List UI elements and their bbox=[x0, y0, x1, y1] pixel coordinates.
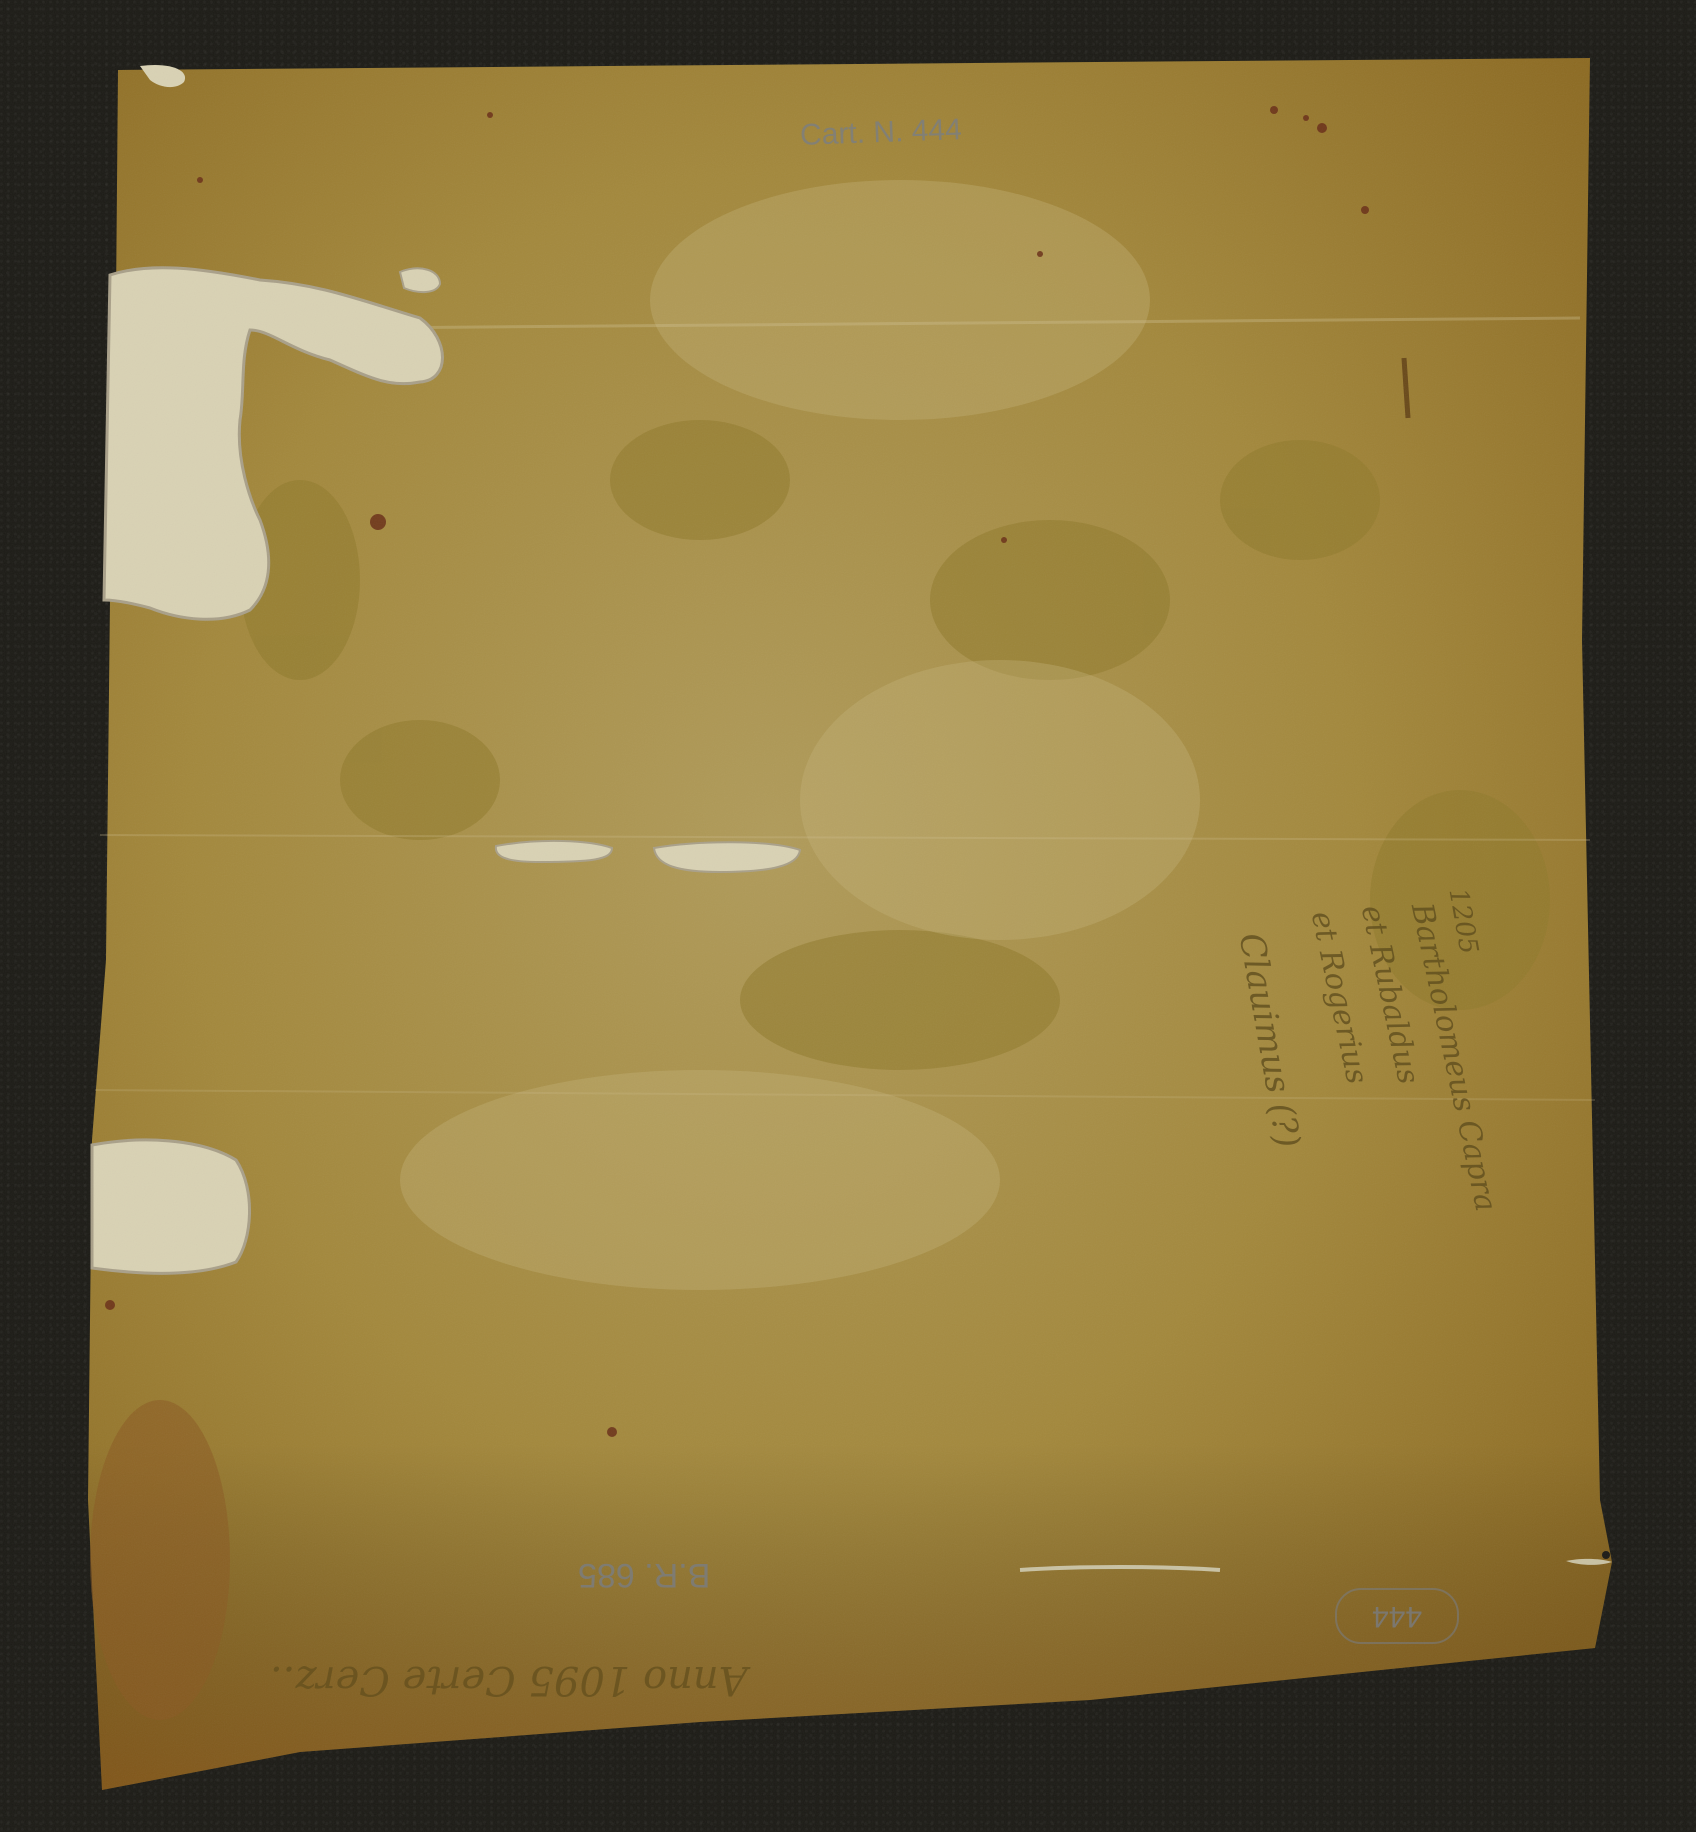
dorsal-note-year: 1205 bbox=[1442, 886, 1483, 956]
top-pencil-mark: Cart. N. 444 bbox=[800, 115, 963, 151]
bottom-pencil-reference: B.R. 685 bbox=[578, 1558, 710, 1592]
dorsal-note-line-4: Clauimus (?) bbox=[1231, 930, 1308, 1151]
shelf-number-oval: 444 bbox=[1335, 1588, 1459, 1644]
dorsal-note: 1205 Bartholomeus Capra et Rubaldus et R… bbox=[1120, 880, 1520, 1170]
shelf-number: 444 bbox=[1372, 1601, 1422, 1631]
bottom-ink-note: Anno 1095 Certe Cerz.. bbox=[270, 1660, 747, 1700]
